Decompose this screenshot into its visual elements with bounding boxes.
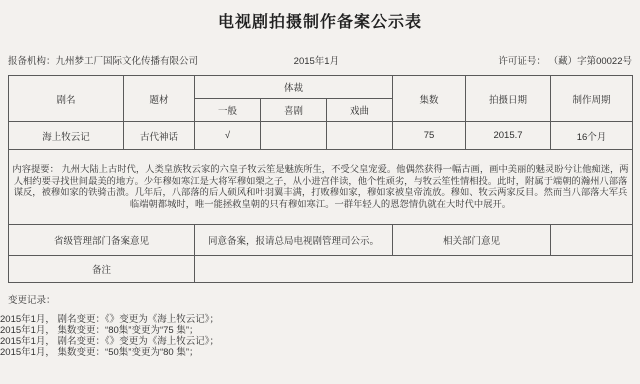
remark-label: 备注 [9,256,195,283]
col-header-form-general: 一般 [195,99,261,122]
filing-table: 剧名 题材 体裁 集数 拍摄日期 制作周期 一般 喜剧 戏曲 海上牧云记 古代神… [8,75,633,283]
synopsis-text: 九州大陆上古时代，人类皇族牧云家的六皇子牧云笙是魅族所生，不受父皇宠爱。他偶然获… [14,164,629,209]
change-log-entry: 2015年1月， 集数变更：“80集”变更为“75 集”； [0,325,640,336]
change-log-entry: 2015年1月， 剧名变更：《》变更为《海上牧云记》； [0,336,640,347]
license-number: 许可证号： （藏）字第00022号 [498,53,632,67]
change-log-entry: 2015年1月， 剧名变更：《》变更为《海上牧云记》； [0,314,640,325]
cell-form-comedy [261,122,327,150]
filing-date: 2015年1月 [294,53,339,67]
col-header-shoot-date: 拍摄日期 [466,76,551,122]
remark-value [195,256,633,283]
col-header-genre: 题材 [124,76,195,122]
provincial-opinion-value: 同意备案，报请总局电视剧管理司公示。 [195,225,393,256]
registration-form-page: 电视剧拍摄制作备案公示表 报备机构：九州梦工厂国际文化传播有限公司 2015年1… [0,0,640,384]
related-dept-label: 相关部门意见 [393,225,551,256]
cell-shoot-date: 2015.7 [466,122,551,150]
synopsis-label: 内容提要： [12,164,59,174]
cell-cycle: 16个月 [551,122,633,150]
license-value: （藏）字第00022号 [549,56,632,67]
meta-row: 报备机构：九州梦工厂国际文化传播有限公司 2015年1月 许可证号： （藏）字第… [8,53,632,67]
col-header-form-comedy: 喜剧 [261,99,327,122]
reporting-org-label: 报备机构： [8,56,56,67]
related-dept-value [551,225,633,256]
drama-data-row: 海上牧云记 古代神话 √ 75 2015.7 16个月 [9,122,633,150]
synopsis-row: 内容提要： 九州大陆上古时代，人类皇族牧云家的六皇子牧云笙是魅族所生，不受父皇宠… [9,150,633,225]
synopsis-cell: 内容提要： 九州大陆上古时代，人类皇族牧云家的六皇子牧云笙是魅族所生，不受父皇宠… [9,150,633,225]
provincial-opinion-label: 省级管理部门备案意见 [9,225,195,256]
col-header-form-opera: 戏曲 [327,99,393,122]
col-header-drama: 剧名 [9,76,124,122]
license-label: 许可证号： [498,56,546,67]
col-header-form-group: 体裁 [195,76,393,99]
remark-row: 备注 [9,256,633,283]
header-row-1: 剧名 题材 体裁 集数 拍摄日期 制作周期 [9,76,633,99]
cell-genre: 古代神话 [124,122,195,150]
change-log-section: 变更记录： 2015年1月， 剧名变更：《》变更为《海上牧云记》； 2015年1… [0,292,640,358]
page-title: 电视剧拍摄制作备案公示表 [0,9,640,32]
opinion-row: 省级管理部门备案意见 同意备案，报请总局电视剧管理司公示。 相关部门意见 [9,225,633,256]
reporting-org-name: 九州梦工厂国际文化传播有限公司 [56,56,199,67]
cell-drama-name: 海上牧云记 [9,122,124,150]
cell-form-general-check: √ [195,122,261,150]
cell-form-opera [327,122,393,150]
col-header-episodes: 集数 [393,76,466,122]
col-header-cycle: 制作周期 [551,76,633,122]
reporting-org: 报备机构：九州梦工厂国际文化传播有限公司 [8,53,198,67]
change-log-label: 变更记录： [8,292,640,306]
cell-episodes: 75 [393,122,466,150]
change-log-entry: 2015年1月， 集数变更：“50集”变更为“80 集”； [0,347,640,358]
